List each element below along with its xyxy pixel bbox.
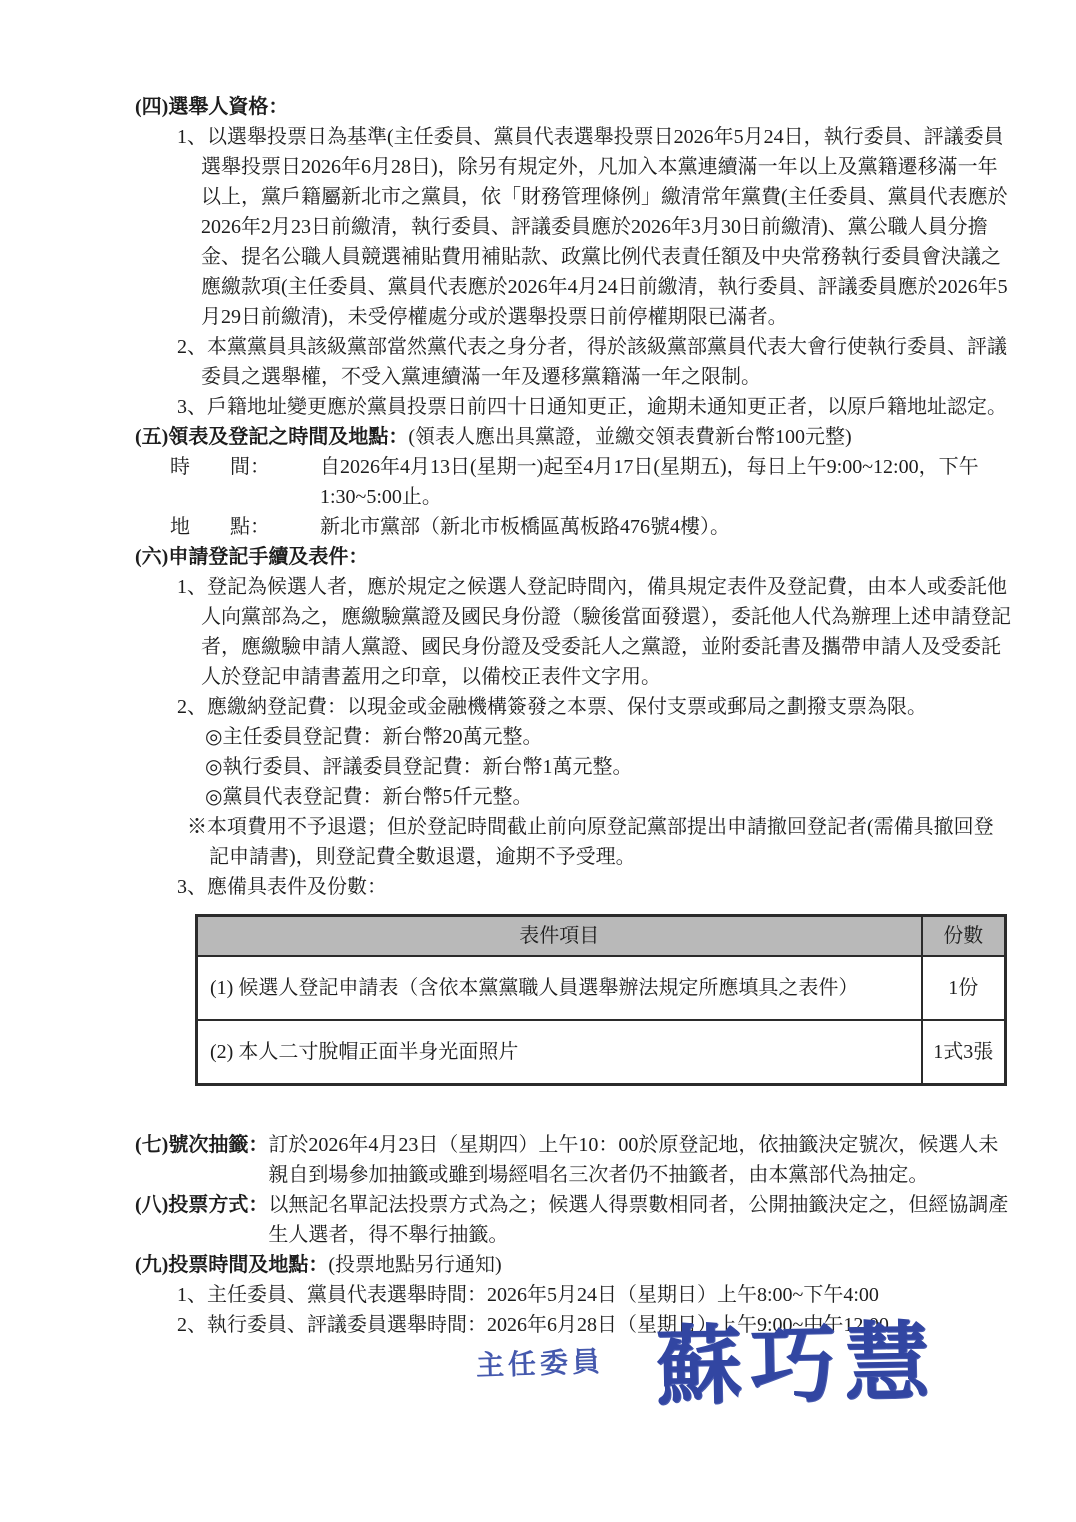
section-5-note: (領表人應出具黨證，並繳交領表費新台幣100元整) xyxy=(408,426,851,448)
spacer xyxy=(135,1086,1012,1130)
column-header-document-item: 表件項目 xyxy=(197,916,922,957)
item-number: 3、 xyxy=(177,876,207,898)
section-voter-qualifications: (四)選舉人資格： 1、以選舉投票日為基準(主任委員、黨員代表選舉投票日2026… xyxy=(135,92,1012,422)
item-number: 1、 xyxy=(177,1284,207,1306)
fee-party-rep: ◎黨員代表登記費：新台幣5仟元整。 xyxy=(205,782,1012,812)
table-row: (1) 候選人登記申請表（含依本黨黨職人員選舉辦法規定所應填具之表件） 1份 xyxy=(197,956,1006,1020)
item-number: 1、 xyxy=(177,126,207,148)
signature-block: 主任委員 蘇巧慧 xyxy=(476,1322,938,1408)
section-8-label: (八)投票方式： xyxy=(135,1190,268,1250)
table-cell-document-item: (2) 本人二寸脫帽正面半身光面照片 xyxy=(197,1020,922,1085)
item-number: 3、 xyxy=(177,396,207,418)
section-6-item-2: 2、應繳納登記費：以現金或金融機構簽發之本票、保付支票或郵局之劃撥支票為限。 xyxy=(177,692,1012,722)
section-form-pickup-time-place: (五)領表及登記之時間及地點：(領表人應出具黨證，並繳交領表費新台幣100元整)… xyxy=(135,422,1012,542)
item-text: 主任委員、黨員代表選舉時間：2026年5月24日（星期日）上午8:00~下午4:… xyxy=(207,1284,879,1306)
time-value: 自2026年4月13日(星期一)起至4月17日(星期五)，每日上午9:00~12… xyxy=(320,452,1012,512)
place-value: 新北市黨部（新北市板橋區萬板路476號4樓）。 xyxy=(320,512,1012,542)
item-number: 2、 xyxy=(177,336,207,358)
fee-exec-committee: ◎執行委員、評議委員登記費：新台幣1萬元整。 xyxy=(205,752,1012,782)
section-4-item-3: 3、戶籍地址變更應於黨員投票日前四十日通知更正，逾期未通知更正者，以原戶籍地址認… xyxy=(177,392,1012,422)
document-page: (四)選舉人資格： 1、以選舉投票日為基準(主任委員、黨員代表選舉投票日2026… xyxy=(0,0,1076,1522)
section-number-drawing: (七)號次抽籤： 訂於2026年4月23日（星期四）上午10：00於原登記地，依… xyxy=(135,1130,1012,1190)
time-label: 時 間： xyxy=(170,452,320,512)
section-voting-method: (八)投票方式： 以無記名單記法投票方式為之；候選人得票數相同者，公開抽籤決定之… xyxy=(135,1190,1012,1250)
section-4-heading: (四)選舉人資格： xyxy=(135,92,1012,122)
item-number: 2、 xyxy=(177,1314,207,1336)
place-label: 地 點： xyxy=(170,512,320,542)
item-number: 2、 xyxy=(177,696,207,718)
table-row: (2) 本人二寸脫帽正面半身光面照片 1式3張 xyxy=(197,1020,1006,1085)
section-5-heading: (五)領表及登記之時間及地點：(領表人應出具黨證，並繳交領表費新台幣100元整) xyxy=(135,422,1012,452)
item-text: 本黨黨員具該級黨部當然黨代表之身分者，得於該級黨部黨員代表大會行使執行委員、評議… xyxy=(201,336,1007,388)
refund-policy-note: ※本項費用不予退還；但於登記時間截止前向原登記黨部提出申請撤回登記者(需備具撤回… xyxy=(187,812,1012,872)
item-text: 登記為候選人者，應於規定之候選人登記時間內，備具規定表件及登記費，由本人或委託他… xyxy=(201,576,1011,688)
table-cell-document-item: (1) 候選人登記申請表（含依本黨黨職人員選舉辦法規定所應填具之表件） xyxy=(197,956,922,1020)
section-9-heading: (九)投票時間及地點：(投票地點另行通知) xyxy=(135,1250,1012,1280)
section-9-item-1: 1、主任委員、黨員代表選舉時間：2026年5月24日（星期日）上午8:00~下午… xyxy=(177,1280,1012,1310)
fee-chairman: ◎主任委員登記費：新台幣20萬元整。 xyxy=(205,722,1012,752)
section-4-item-2: 2、本黨黨員具該級黨部當然黨代表之身分者，得於該級黨部黨員代表大會行使執行委員、… xyxy=(177,332,1012,392)
time-row: 時 間： 自2026年4月13日(星期一)起至4月17日(星期五)，每日上午9:… xyxy=(170,452,1012,512)
section-6-heading: (六)申請登記手續及表件： xyxy=(135,542,1012,572)
section-6-item-1: 1、登記為候選人者，應於規定之候選人登記時間內，備具規定表件及登記費，由本人或委… xyxy=(177,572,1012,692)
table-header-row: 表件項目 份數 xyxy=(197,916,1006,957)
column-header-copies: 份數 xyxy=(922,916,1006,957)
required-documents-table: 表件項目 份數 (1) 候選人登記申請表（含依本黨黨職人員選舉辦法規定所應填具之… xyxy=(195,914,1007,1086)
section-9-note: (投票地點另行通知) xyxy=(328,1254,501,1276)
item-text: 應繳納登記費：以現金或金融機構簽發之本票、保付支票或郵局之劃撥支票為限。 xyxy=(207,696,927,718)
section-6-item-3: 3、應備具表件及份數： xyxy=(177,872,1012,902)
place-row: 地 點： 新北市黨部（新北市板橋區萬板路476號4樓）。 xyxy=(170,512,1012,542)
item-text: 以選舉投票日為基準(主任委員、黨員代表選舉投票日2026年5月24日，執行委員、… xyxy=(201,126,1008,328)
table-cell-copies: 1式3張 xyxy=(922,1020,1006,1085)
section-5-title: (五)領表及登記之時間及地點： xyxy=(135,426,408,448)
signature-name-stamp: 蘇巧慧 xyxy=(655,1320,938,1411)
section-9-title: (九)投票時間及地點： xyxy=(135,1254,328,1276)
section-7-text: 訂於2026年4月23日（星期四）上午10：00於原登記地，依抽籤決定號次，候選… xyxy=(268,1130,1012,1190)
section-registration-procedure: (六)申請登記手續及表件： 1、登記為候選人者，應於規定之候選人登記時間內，備具… xyxy=(135,542,1012,1130)
table-cell-copies: 1份 xyxy=(922,956,1006,1020)
section-8-text: 以無記名單記法投票方式為之；候選人得票數相同者，公開抽籤決定之，但經協調產生人選… xyxy=(268,1190,1012,1250)
item-text: 戶籍地址變更應於黨員投票日前四十日通知更正，逾期未通知更正者，以原戶籍地址認定。 xyxy=(207,396,1007,418)
item-text: 應備具表件及份數： xyxy=(207,876,387,898)
section-7-label: (七)號次抽籤： xyxy=(135,1130,268,1190)
signature-title: 主任委員 xyxy=(476,1348,605,1382)
item-number: 1、 xyxy=(177,576,207,598)
section-4-item-1: 1、以選舉投票日為基準(主任委員、黨員代表選舉投票日2026年5月24日，執行委… xyxy=(177,122,1012,332)
